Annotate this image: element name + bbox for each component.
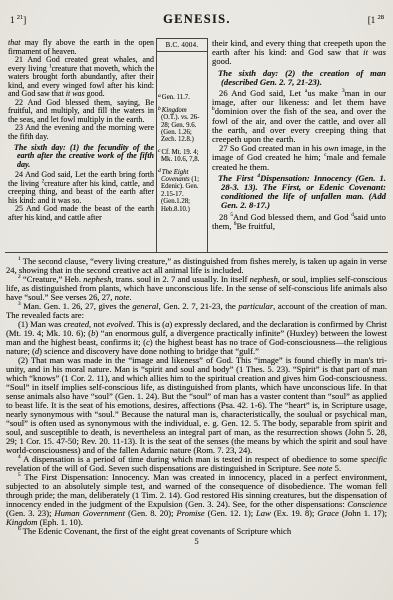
verse-21-continuation: that may fly above the earth in the open… — [8, 39, 154, 56]
verse-27: 27 So God created man in his own image, … — [212, 144, 386, 172]
verse-24: 24 And God said, Let the earth bring for… — [8, 171, 154, 205]
ref-text-a: Gen. 11.7. — [162, 94, 190, 101]
section-heading-sixth-day-1: The sixth day: (1) the fecundity of the … — [8, 144, 154, 170]
footnote-6: 6 The Edenic Covenant, the first of the … — [6, 527, 387, 536]
center-reference-column: B.C. 4004. aGen. 11.7. bKingdom (O.T.). … — [156, 38, 208, 252]
footnote-1: 1 The second clause, “every living creat… — [6, 257, 387, 275]
section-heading-sixth-day-2: The sixth day: (2) the creation of man (… — [212, 69, 386, 87]
verse-21: 21 And God created great whales, and eve… — [8, 56, 154, 99]
ref-text-b: Kingdom (O.T.). vs. 26-28; Gen. 9.6. (Ge… — [161, 107, 199, 144]
ref-letter-a: a — [158, 93, 161, 99]
running-head: 1 21] GENESIS. [1 28 — [10, 13, 384, 28]
ref-text-d: The Eight Covenants (1; Edenic). Gen. 2.… — [161, 169, 199, 213]
left-scripture-column: that may fly above the earth in the open… — [5, 38, 156, 252]
verse-26: 26 And God said, Let aus make 3man in ou… — [212, 89, 386, 144]
section-heading-first-dispensation: The First 4Dispensation: Innocency (Gen.… — [212, 174, 386, 211]
cross-ref-c: cCf. Mt. 19. 4; Mk. 10.6, 7,8. — [157, 148, 207, 164]
verse-23: 23 And the evening and the morning were … — [8, 124, 154, 141]
footnote-2: 2 “Creature,” Heb. nephesh, trans. soul … — [6, 275, 387, 302]
footnotes-section: 1 The second clause, “every living creat… — [6, 257, 387, 546]
bc-date-cell: B.C. 4004. — [157, 38, 207, 52]
verse-22: 22 And God blessed them, saying, Be frui… — [8, 99, 154, 125]
footnote-5: 5 The First Dispensation: Innocency. Man… — [6, 473, 387, 527]
footnote-3-intro: 3 Man. Gen. 1. 26, 27, gives the general… — [6, 302, 387, 320]
book-title: GENESIS. — [10, 12, 384, 27]
ref-letter-d: d — [158, 168, 161, 174]
ref-text-c: Cf. Mt. 19. 4; Mk. 10.6, 7,8. — [161, 149, 199, 163]
bible-page-scan: 1 21] GENESIS. [1 28 that may fly above … — [0, 0, 393, 600]
footnote-4: 4 A dispensation is a period of time dur… — [6, 455, 387, 473]
folio-chapter-verse-right: [1 28 — [368, 15, 384, 25]
scripture-text-area: that may fly above the earth in the open… — [5, 38, 388, 253]
footnote-3-point-2: (2) That man was made in the “image and … — [6, 356, 387, 455]
ref-letter-b: b — [158, 106, 161, 112]
cross-ref-b: bKingdom (O.T.). vs. 26-28; Gen. 9.6. (G… — [157, 106, 207, 144]
verse-25-continuation: their kind, and every thing that creepet… — [212, 39, 386, 67]
right-scripture-column: their kind, and every thing that creepet… — [208, 38, 388, 252]
verse-25: 25 And God made the beast of the earth a… — [8, 205, 154, 222]
cross-ref-a: aGen. 11.7. — [157, 93, 207, 101]
page-number: 5 — [6, 537, 387, 546]
footnote-3-point-1: (1) Man was created, not evolved. This i… — [6, 320, 387, 356]
cross-ref-d: dThe Eight Covenants (1; Edenic). Gen. 2… — [157, 168, 207, 213]
verse-28: 28 5And God blessed them, and God dsaid … — [212, 213, 386, 231]
